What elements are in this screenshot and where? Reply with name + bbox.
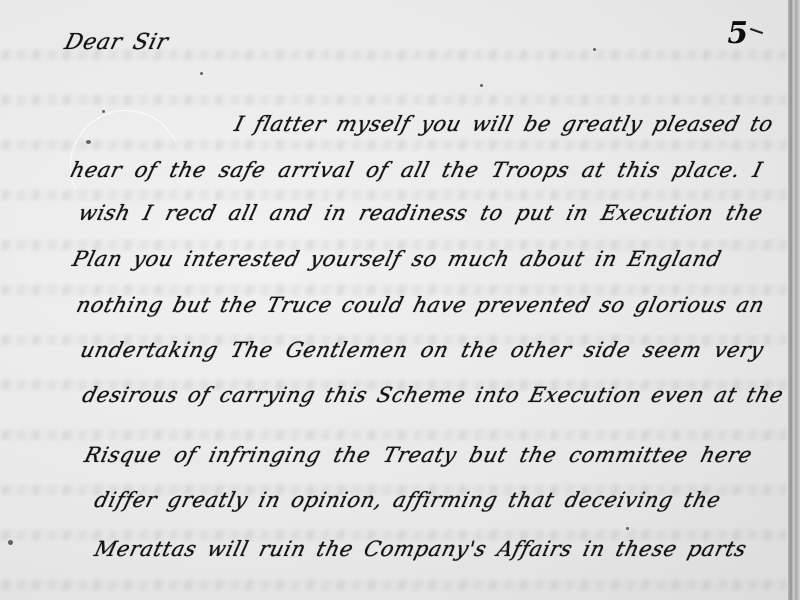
letter-line: Risque of infringing the Treaty but the … (82, 443, 755, 467)
ink-speck (593, 48, 596, 51)
ink-speck (626, 527, 629, 530)
ink-speck (8, 540, 13, 545)
letter-line: desirous of carrying this Scheme into Ex… (80, 383, 786, 407)
bleed-through-line (0, 95, 790, 105)
letter-line: I flatter myself you will be greatly ple… (232, 112, 776, 136)
page-edge (788, 0, 800, 600)
salutation: Dear Sir (62, 30, 171, 55)
ink-speck (102, 110, 105, 113)
letter-page: 5 Dear Sir I flatter myself you will be … (0, 0, 800, 600)
ink-speck (480, 84, 483, 87)
letter-line: wish I recd all and in readiness to put … (76, 201, 766, 225)
bleed-through-line (0, 430, 790, 440)
page-number: 5 (724, 16, 751, 51)
letter-line: undertaking The Gentlemen on the other s… (78, 338, 766, 362)
ink-speck (200, 72, 203, 75)
ink-speck (86, 140, 91, 144)
bleed-through-line (0, 580, 790, 590)
letter-line: differ greatly in opinion, affirming tha… (92, 488, 724, 512)
letter-line: Plan you interested yourself so much abo… (70, 247, 724, 271)
letter-line: Merattas will ruin the Company's Affairs… (92, 537, 749, 561)
letter-line: nothing but the Truce could have prevent… (74, 293, 767, 317)
letter-line: hear of the safe arrival of all the Troo… (68, 158, 765, 182)
